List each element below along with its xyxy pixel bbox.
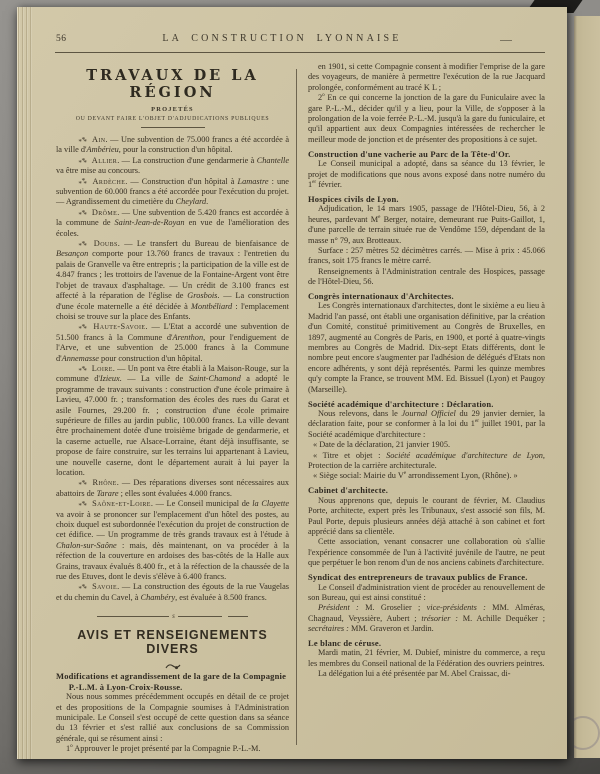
travaux-item-ardeche: *** Ardèche. — Construction d'un hôpital… xyxy=(56,177,289,208)
travaux-item-saone-et-loire: *** Saône-et-Loire. — Le Conseil municip… xyxy=(56,499,289,582)
article-paragraph: Mardi matin, 21 février, M. Dubief, mini… xyxy=(308,648,545,669)
article-paragraph: La délégation lui a été présentée par M.… xyxy=(308,669,545,679)
two-column-content: TRAVAUX DE LA RÉGION PROJETÉS OU DEVANT … xyxy=(17,53,567,755)
page-stack-edge xyxy=(17,7,33,759)
right-column: en 1901, si cette Compagnie consent à mo… xyxy=(308,53,545,755)
article-heading-blanc-de-ceruse: Le blanc de céruse. xyxy=(308,638,545,648)
article-quote-line: « Siège social: Mairie du Ve arrondissem… xyxy=(308,471,545,481)
section-divider: s xyxy=(56,612,289,620)
travaux-item-drome: *** Drôme. — Une subvention de 5.420 fra… xyxy=(56,208,289,239)
travaux-title-rule xyxy=(141,127,205,128)
travaux-item-allier: *** Allier. — La construction d'une gend… xyxy=(56,156,289,177)
article-heading-syndicat: Syndicat des entrepreneurs de travaux pu… xyxy=(308,572,545,582)
article-paragraph: en 1901, si cette Compagnie consent à mo… xyxy=(308,62,545,93)
divider-line xyxy=(178,616,222,617)
column-divider-rule xyxy=(296,69,297,745)
article-heading-congres: Congrès internationaux d'Architectes. xyxy=(308,291,545,301)
article-paragraph: Les Congrès internationaux d'architectes… xyxy=(308,301,545,395)
article-paragraph: Cette association, venant consacrer une … xyxy=(308,537,545,568)
travaux-item-rhone: *** Rhône. — Des réparations diverses so… xyxy=(56,478,289,499)
scanned-journal-page: 56 LA CONSTRUCTION LYONNAISE TRAVAUX DE … xyxy=(17,7,567,759)
travaux-section-header: TRAVAUX DE LA RÉGION PROJETÉS OU DEVANT … xyxy=(56,67,289,128)
avis-paragraph: Nous nous sommes précédemment occupés en… xyxy=(56,692,289,744)
article-quote-line: « Titre et objet : Société académique d'… xyxy=(308,451,545,472)
article-paragraph: Le Conseil municipal a adopté, dans sa s… xyxy=(308,159,545,190)
article-heading-societe-academique: Société académique d'architecture : Décl… xyxy=(308,399,545,409)
divider-line xyxy=(97,616,169,617)
article-paragraph: Président : M. Groselier ; vice-présiden… xyxy=(308,603,545,634)
travaux-item-loire: *** Loire. — Un pont va être établi à la… xyxy=(56,364,289,478)
travaux-item-haute-savoie: *** Haute-Savoie. — L'Etat a accordé une… xyxy=(56,322,289,364)
masthead: 56 LA CONSTRUCTION LYONNAISE xyxy=(17,7,567,53)
avis-article-heading: Modifications et agrandissement de la ga… xyxy=(56,671,289,692)
travaux-item-ain: *** Ain. — Une subvention de 75.000 fran… xyxy=(56,135,289,156)
article-paragraph: Nous relevons, dans le Journal Officiel … xyxy=(308,409,545,440)
ink-mark xyxy=(500,40,512,41)
travaux-subtitle-adjudications: OU DEVANT FAIRE L'OBJET D'ADJUDICATIONS … xyxy=(56,116,289,122)
article-quote-line: « Date de la déclaration, 21 janvier 190… xyxy=(308,440,545,450)
travaux-title: TRAVAUX DE LA RÉGION xyxy=(56,67,289,101)
divider-squiggle-ornament: s xyxy=(169,613,178,620)
travaux-item-doubs: *** Doubs. — Le transfert du Bureau de b… xyxy=(56,239,289,322)
avis-section-title: AVIS ET RENSEIGNEMENTS DIVERS xyxy=(56,628,289,656)
avis-paragraph: 1o Approuver le projet présenté par la C… xyxy=(56,744,289,754)
article-paragraph: 2o En ce qui concerne la jonction de la … xyxy=(308,93,545,145)
travaux-subtitle-projetes: PROJETÉS xyxy=(56,106,289,113)
article-heading-cabinet: Cabinet d'architecte. xyxy=(308,485,545,495)
travaux-item-savoie: *** Savoie. — La construction des égouts… xyxy=(56,582,289,603)
journal-title: LA CONSTRUCTION LYONNAISE xyxy=(17,33,547,44)
divider-line xyxy=(228,616,248,617)
article-heading-vacherie: Construction d'une vacherie au Parc de l… xyxy=(308,149,545,159)
article-paragraph: Le Conseil d'administration vient de pro… xyxy=(308,583,545,604)
article-heading-hospices: Hospices civils de Lyon. xyxy=(308,194,545,204)
ink-stamp xyxy=(574,716,600,750)
article-paragraph: Nous apprenons que, depuis le courant de… xyxy=(308,496,545,538)
adjacent-page-edge xyxy=(574,16,600,758)
article-paragraph: Surface : 257 mètres 52 décimètres carré… xyxy=(308,246,545,267)
article-paragraph: Adjudication, le 14 mars 1905, passage d… xyxy=(308,204,545,246)
fleuron-ornament-icon xyxy=(56,658,289,667)
left-column: TRAVAUX DE LA RÉGION PROJETÉS OU DEVANT … xyxy=(56,53,289,755)
header-rule xyxy=(55,52,545,53)
article-paragraph: Renseignements à l'Administration centra… xyxy=(308,267,545,288)
